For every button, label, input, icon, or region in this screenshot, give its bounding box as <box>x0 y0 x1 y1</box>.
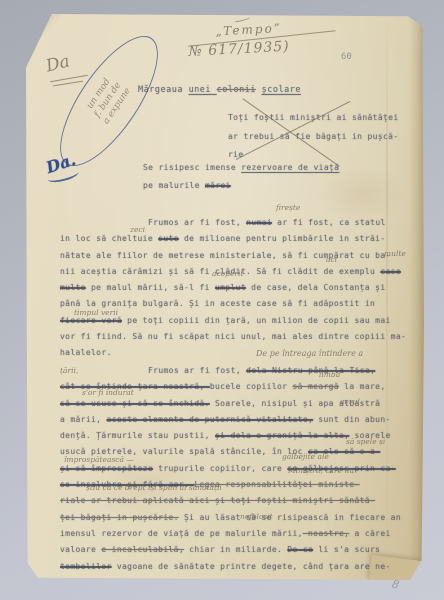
margin-note-da: Da <box>44 51 72 76</box>
typescript-segment: multe <box>60 283 86 292</box>
typescript-segment: unei <box>189 85 217 95</box>
paper-right-fold <box>409 14 424 580</box>
typescript-line: Frumos ar fi fost, numai ar fi fost, ca … <box>60 215 400 231</box>
pencil-edit: împrospătească — <box>64 455 134 464</box>
typescript-segment: trupurile copiilor, care <box>153 464 287 473</box>
typescript-segment: imensul rezervor de viață de pe malurile… <box>60 529 303 538</box>
typescript-line: a mării, aceste elemente de puternică vi… <box>60 412 400 428</box>
typescript-segment: umplut <box>215 283 246 292</box>
corner-pencil-mark: 8 <box>391 577 401 591</box>
typescript-segment: chiar in miliarde. <box>184 545 287 554</box>
pencil-edit: știu cu ce drept își spun ai sănătății <box>86 483 222 492</box>
typescript-line: ar trebui să fie băgați in pușcă- <box>228 128 399 147</box>
typescript-segment: vagoane de sănătate printre degete, când… <box>112 562 391 571</box>
typescript-line: Mărgeaua unei colonii școlare <box>138 82 301 98</box>
typescript-segment: a cărei <box>349 529 390 538</box>
page-number: 60 <box>341 52 352 62</box>
pencil-edit: De pe întreaga întindere a <box>256 349 363 358</box>
typescript-line: imensul rezervor de viață de pe malurile… <box>60 526 400 542</box>
typescript-segment: și să împrospăteze <box>60 464 153 473</box>
typescript-segment: in loc să cheltuie <box>60 234 158 243</box>
pencil-edit: Miniștrii, care nu <box>288 466 354 475</box>
pencil-edit: zeci <box>130 225 145 234</box>
pencil-edit: firește <box>276 203 300 212</box>
typescript-segment: rezervoare de viață <box>241 163 339 172</box>
typescript-segment: să meargă <box>293 382 340 391</box>
typescript-segment: la mare, <box>339 382 386 391</box>
typescript-segment: noastre, <box>303 529 350 538</box>
pencil-squiggle <box>234 14 251 23</box>
typescript-segment: bucele copiilor <box>210 382 293 391</box>
typescript-segment: De ce <box>287 545 313 554</box>
typescript-segment: dela Nistru până la Tisa, <box>246 366 375 375</box>
issue-number-note: № 617/1935) <box>188 36 337 60</box>
typescript-line: Se risipesc imense rezervoare de viață <box>143 159 339 177</box>
pencil-edit: aci <box>326 255 337 264</box>
pencil-edit: gălbejite ale <box>282 452 329 461</box>
motto-block: Toți foștii miniștri ai sănătățeiar treb… <box>228 109 399 165</box>
typescript-segment: dență. Țărmurile stau pustii, <box>60 431 215 440</box>
typescript-segment: ței băgați in pușcărie. <box>60 513 179 522</box>
typescript-segment: pe malurile <box>143 181 205 190</box>
typescript-segment: valoare <box>60 545 101 554</box>
typescript-segment: nătate ale fiilor de metrese ministerial… <box>60 251 391 260</box>
paper-cut-corner <box>26 14 60 54</box>
typescript-line: pe malurile mărei <box>143 177 339 195</box>
pencil-edit: timpul verii <box>74 308 118 317</box>
pencil-edit: multe <box>384 249 406 258</box>
margin-note-underline <box>53 81 83 87</box>
typescript-segment: pe toți copiii din țară, un milion de co… <box>122 316 391 325</box>
pencil-edit: țării, <box>60 366 78 375</box>
typescript-segment: școlare <box>262 85 301 95</box>
lead-block: Se risipesc imense rezervoare de viațăpe… <box>143 159 339 195</box>
typescript-segment: colonii <box>217 85 256 95</box>
typescript-segment: de case, dela Constanța și <box>246 283 386 292</box>
typescript-line: tembelilor vagoane de sănătate printre d… <box>60 559 400 575</box>
typescript-segment: ar trebui să fie băgați in pușcă- <box>228 132 399 141</box>
typescript-line: ței băgați in pușcărie. Și au lăsat să s… <box>60 510 400 526</box>
pencil-edit: să spele și <box>346 437 385 446</box>
typescript-segment: vor fi fiind. Să nu fi scăpat nici unul,… <box>60 332 406 341</box>
scan-background: „Tempo” № 617/1935) 60 Da un mod f. bun … <box>0 0 444 600</box>
typescript-segment: tembelilor <box>60 562 112 571</box>
typescript-segment: e incalculabilă, <box>101 545 184 554</box>
typescript-segment: sute <box>158 234 179 243</box>
typescript-segment: de milioane pentru plimbările in străi- <box>179 234 386 243</box>
typescript-segment: Și au lăsat să se risipească in fiecare … <box>179 513 401 522</box>
typescript-segment: Frumos ar fi fost, <box>148 366 246 375</box>
pencil-edit: limba <box>319 370 340 379</box>
pencil-edit: nefolosit <box>240 512 273 521</box>
typescript-line: valoare e incalculabilă, chiar in miliar… <box>60 542 400 558</box>
typescript-segment: pe malul mării, să-l fi <box>86 283 215 292</box>
typescript-segment: sunt din abun- <box>313 415 391 424</box>
paragraph-1: Frumos ar fi fost, numai ar fi fost, ca … <box>60 215 400 362</box>
pencil-edit: s'or fi îndurat <box>82 388 134 397</box>
typescript-segment: Frumos ar fi fost, <box>148 218 246 227</box>
typescript-segment: riale ar trebui aplicată aici și toți fo… <box>60 496 375 505</box>
typescript-segment: și dela o graniță la alta, <box>215 431 349 440</box>
typescript-segment: ar fi fost, ca statul <box>272 218 386 227</box>
typescript-line: multe pe malul mării, să-l fi umplut de … <box>60 280 400 296</box>
typescript-segment: aceste elemente de puternică vitalitate, <box>107 415 314 424</box>
header-annotation: „Tempo” № 617/1935) <box>187 18 337 60</box>
typescript-segment: a mării, <box>60 415 107 424</box>
typescript-line: vor fi fiind. Să nu fi scăpat nici unul,… <box>60 329 400 345</box>
typescript-segment: Se risipesc imense <box>143 163 241 172</box>
pencil-edit: aerul <box>340 397 360 406</box>
article-title: Mărgeaua unei colonii școlare <box>138 82 301 98</box>
typescript-line: in loc să cheltuie sute de milioane pent… <box>60 231 400 247</box>
typescript-segment: mărei <box>205 181 231 190</box>
manuscript-page: „Tempo” № 617/1935) 60 Da un mod f. bun … <box>26 14 424 580</box>
typescript-segment: Mărgeaua <box>138 85 189 95</box>
typescript-segment: fiecare vară <box>60 316 122 325</box>
typescript-segment: li s'a scurs <box>313 545 380 554</box>
typescript-line: riale ar trebui aplicată aici și toți fo… <box>60 493 400 509</box>
typescript-segment: să se usuce și să se închidă. <box>60 399 210 408</box>
typescript-segment: case <box>380 267 401 276</box>
typescript-segment: numai <box>246 218 272 227</box>
typescript-segment: halalelor. <box>60 348 112 357</box>
pencil-edit: acoperit <box>212 269 243 278</box>
typescript-line: Frumos ar fi fost, dela Nistru până la T… <box>60 363 400 379</box>
typescript-line: nătate ale fiilor de metrese ministerial… <box>60 248 400 264</box>
